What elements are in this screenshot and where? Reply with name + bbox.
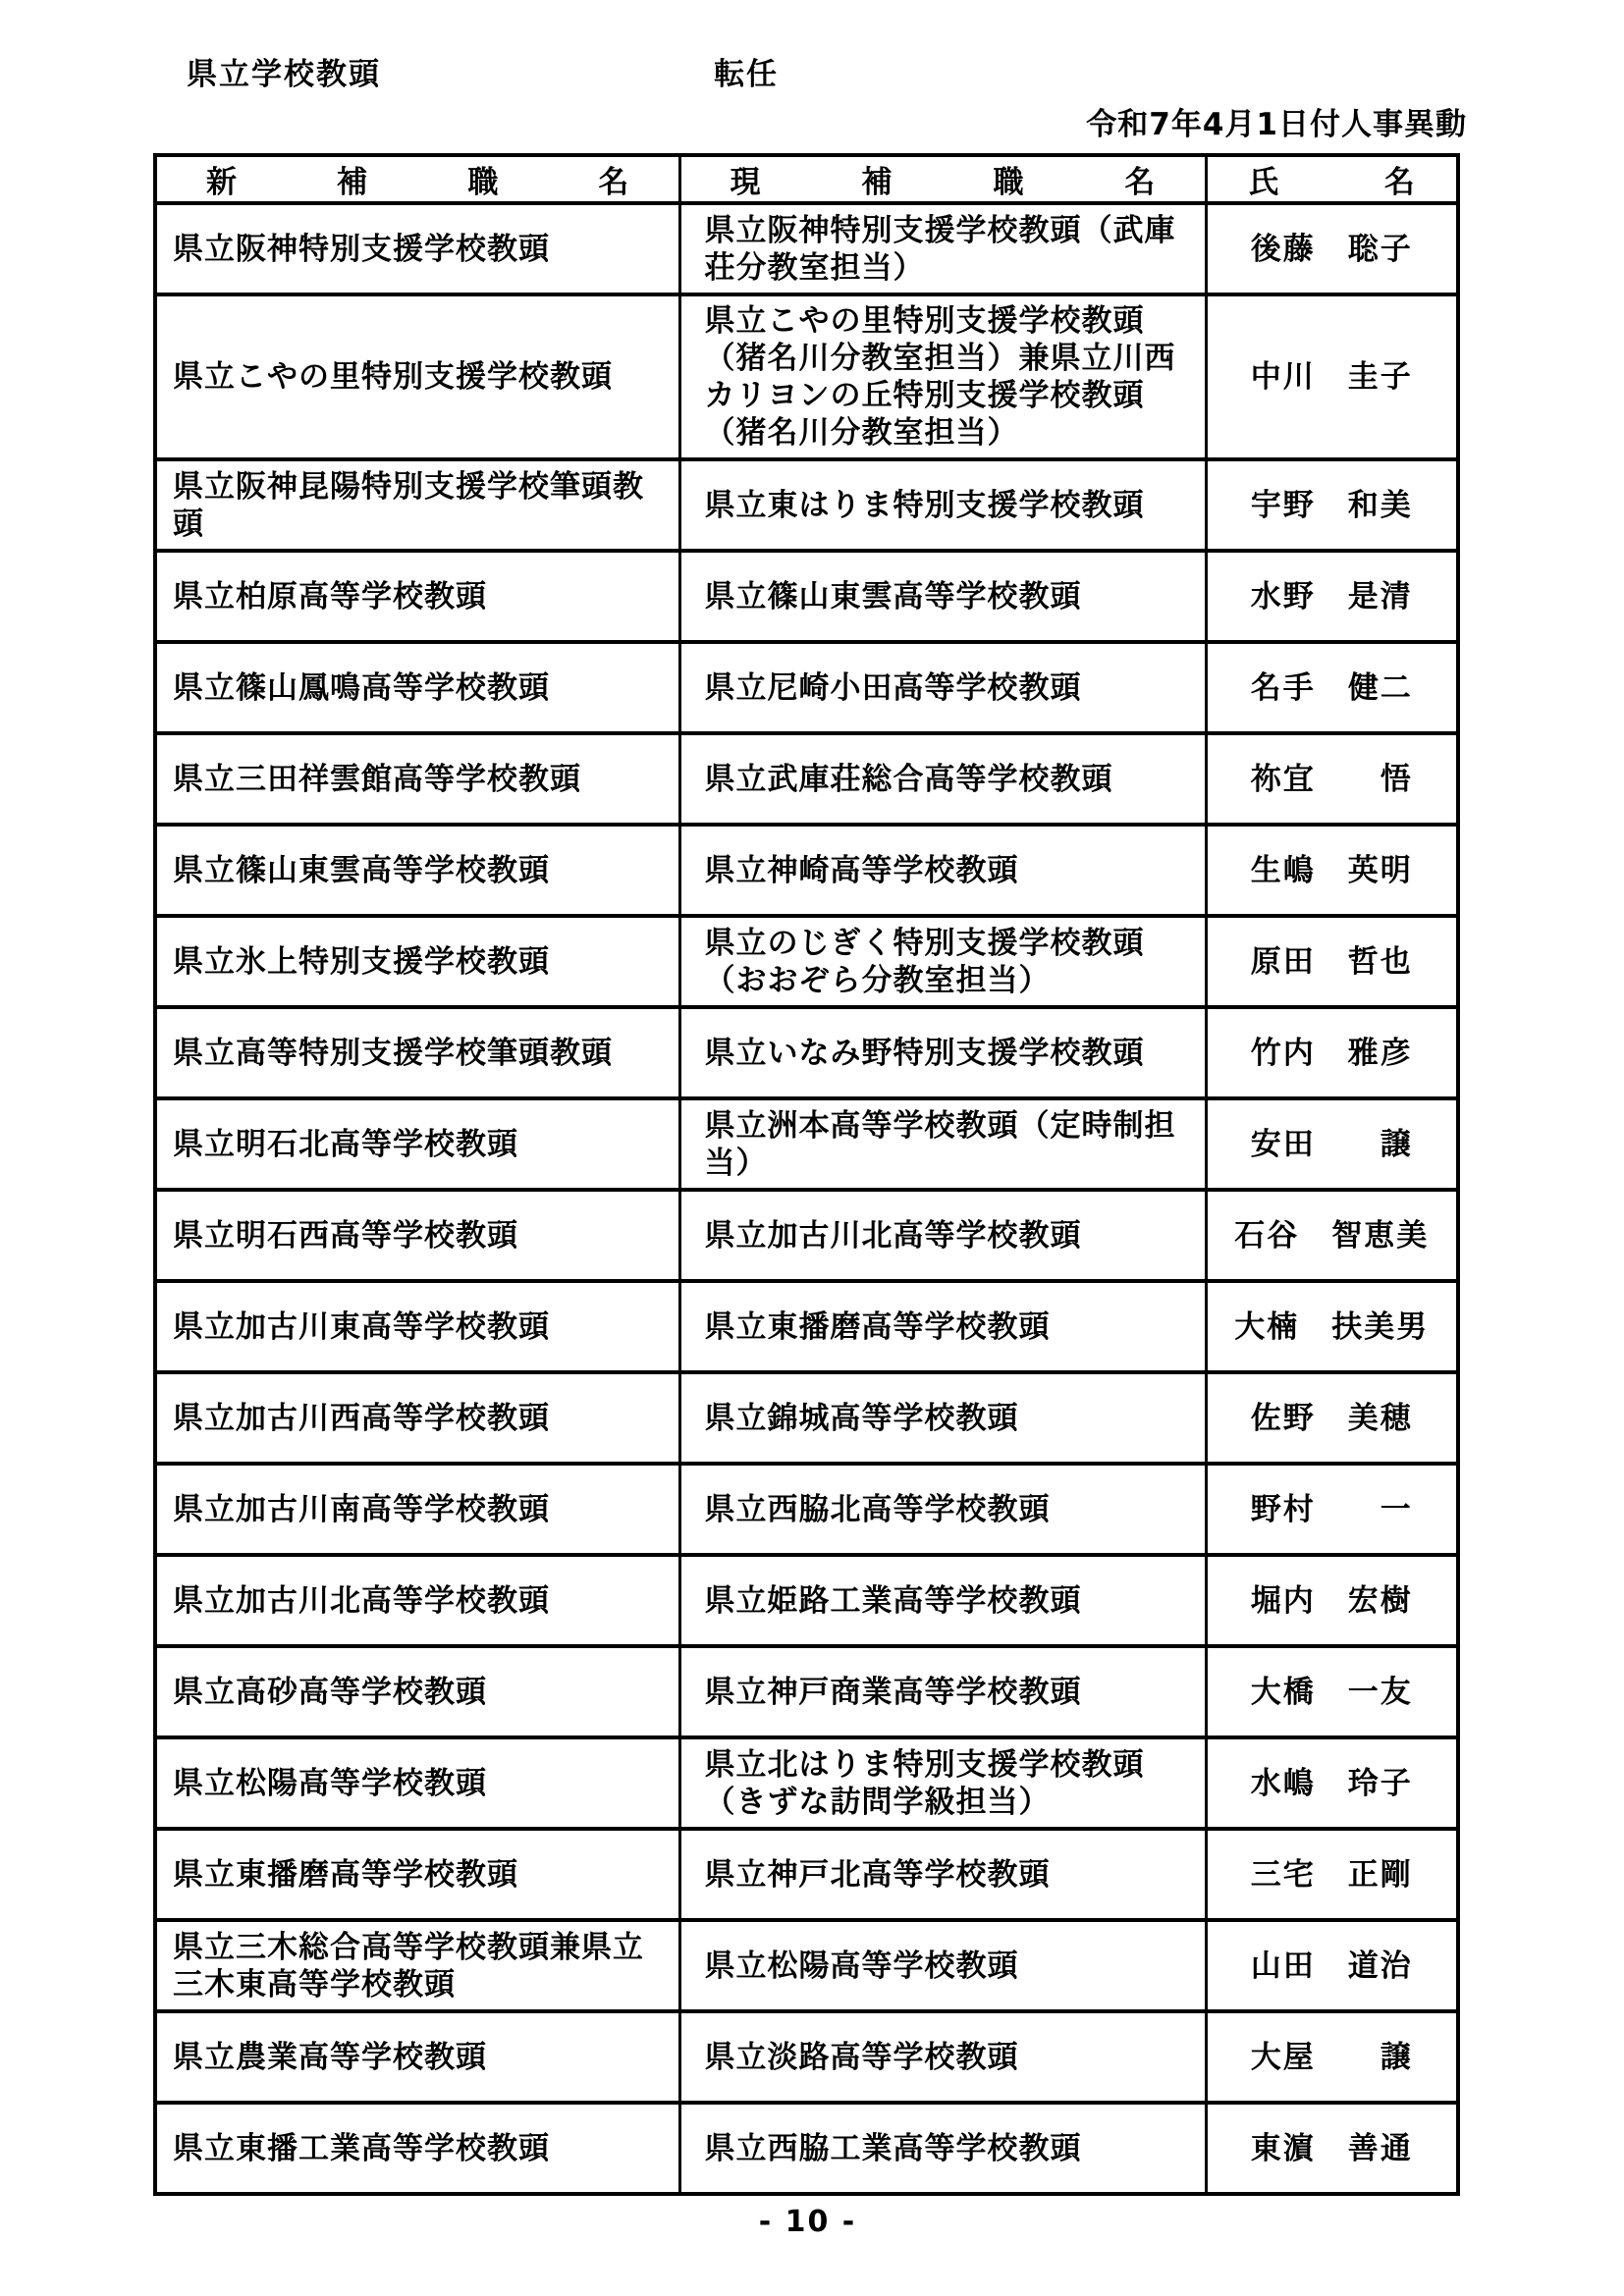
table-row: 県立阪神特別支援学校教頭県立阪神特別支援学校教頭（武庫荘分教室担当）後藤 聡子 (155, 203, 1458, 294)
column-header-current-position: 現 補 職 名 (679, 155, 1206, 203)
table-row: 県立明石北高等学校教頭県立洲本高等学校教頭（定時制担当）安田 譲 (155, 1098, 1458, 1190)
table-row: 県立氷上特別支援学校教頭県立のじぎく特別支援学校教頭（おおぞら分教室担当）原田 … (155, 916, 1458, 1007)
table-row: 県立阪神昆陽特別支援学校筆頭教頭県立東はりま特別支援学校教頭宇野 和美 (155, 459, 1458, 551)
cell-current-position: 県立のじぎく特別支援学校教頭（おおぞら分教室担当） (679, 916, 1206, 1007)
table-row: 県立柏原高等学校教頭県立篠山東雲高等学校教頭水野 是清 (155, 551, 1458, 642)
cell-name: 安田 譲 (1206, 1098, 1458, 1190)
cell-new-position: 県立柏原高等学校教頭 (155, 551, 679, 642)
table-row: 県立篠山鳳鳴高等学校教頭県立尼崎小田高等学校教頭名手 健二 (155, 642, 1458, 733)
table-row: 県立松陽高等学校教頭県立北はりま特別支援学校教頭（きずな訪問学級担当）水嶋 玲子 (155, 1737, 1458, 1829)
cell-name: 大橋 一友 (1206, 1646, 1458, 1737)
cell-new-position: 県立東播磨高等学校教頭 (155, 1829, 679, 1920)
cell-name: 生嶋 英明 (1206, 825, 1458, 916)
table-row: 県立明石西高等学校教頭県立加古川北高等学校教頭石谷 智恵美 (155, 1190, 1458, 1281)
cell-current-position: 県立東はりま特別支援学校教頭 (679, 459, 1206, 551)
column-header-new-position: 新 補 職 名 (155, 155, 679, 203)
table-row: 県立東播磨高等学校教頭県立神戸北高等学校教頭三宅 正剛 (155, 1829, 1458, 1920)
cell-new-position: 県立松陽高等学校教頭 (155, 1737, 679, 1829)
cell-new-position: 県立三田祥雲館高等学校教頭 (155, 733, 679, 825)
cell-name: 山田 道治 (1206, 1920, 1458, 2011)
cell-new-position: 県立加古川南高等学校教頭 (155, 1464, 679, 1555)
table-row: 県立高砂高等学校教頭県立神戸商業高等学校教頭大橋 一友 (155, 1646, 1458, 1737)
cell-current-position: 県立東播磨高等学校教頭 (679, 1281, 1206, 1372)
cell-current-position: 県立淡路高等学校教頭 (679, 2011, 1206, 2103)
cell-name: 原田 哲也 (1206, 916, 1458, 1007)
cell-new-position: 県立高等特別支援学校筆頭教頭 (155, 1007, 679, 1098)
document-page: 県立学校教頭 転任 令和7年4月1日付人事異動 新 補 職 名 現 補 職 名 … (0, 0, 1624, 2296)
table-row: 県立加古川北高等学校教頭県立姫路工業高等学校教頭堀内 宏樹 (155, 1555, 1458, 1646)
table-row: 県立加古川西高等学校教頭県立錦城高等学校教頭佐野 美穂 (155, 1372, 1458, 1464)
cell-current-position: 県立いなみ野特別支援学校教頭 (679, 1007, 1206, 1098)
cell-name: 水嶋 玲子 (1206, 1737, 1458, 1829)
cell-new-position: 県立明石西高等学校教頭 (155, 1190, 679, 1281)
cell-name: 後藤 聡子 (1206, 203, 1458, 294)
cell-new-position: 県立農業高等学校教頭 (155, 2011, 679, 2103)
cell-new-position: 県立阪神特別支援学校教頭 (155, 203, 679, 294)
cell-new-position: 県立東播工業高等学校教頭 (155, 2103, 679, 2194)
cell-new-position: 県立加古川西高等学校教頭 (155, 1372, 679, 1464)
cell-current-position: 県立尼崎小田高等学校教頭 (679, 642, 1206, 733)
cell-current-position: 県立加古川北高等学校教頭 (679, 1190, 1206, 1281)
effective-date-label: 令和7年4月1日付人事異動 (1086, 99, 1467, 143)
table-header-row: 新 補 職 名 現 補 職 名 氏 名 (155, 155, 1458, 203)
page-number: - 10 - (154, 2205, 1461, 2239)
cell-current-position: 県立篠山東雲高等学校教頭 (679, 551, 1206, 642)
cell-current-position: 県立錦城高等学校教頭 (679, 1372, 1206, 1464)
cell-current-position: 県立神崎高等学校教頭 (679, 825, 1206, 916)
cell-current-position: 県立西脇工業高等学校教頭 (679, 2103, 1206, 2194)
cell-name: 野村 一 (1206, 1464, 1458, 1555)
cell-name: 宇野 和美 (1206, 459, 1458, 551)
cell-current-position: 県立洲本高等学校教頭（定時制担当） (679, 1098, 1206, 1190)
cell-current-position: 県立阪神特別支援学校教頭（武庫荘分教室担当） (679, 203, 1206, 294)
cell-new-position: 県立篠山鳳鳴高等学校教頭 (155, 642, 679, 733)
cell-new-position: 県立三木総合高等学校教頭兼県立三木東高等学校教頭 (155, 1920, 679, 2011)
cell-new-position: 県立高砂高等学校教頭 (155, 1646, 679, 1737)
table-row: 県立三木総合高等学校教頭兼県立三木東高等学校教頭県立松陽高等学校教頭山田 道治 (155, 1920, 1458, 2011)
cell-current-position: 県立西脇北高等学校教頭 (679, 1464, 1206, 1555)
cell-name: 中川 圭子 (1206, 294, 1458, 459)
personnel-transfer-table: 新 補 職 名 現 補 職 名 氏 名 県立阪神特別支援学校教頭県立阪神特別支援… (153, 153, 1460, 2196)
cell-name: 東濵 善通 (1206, 2103, 1458, 2194)
cell-new-position: 県立加古川東高等学校教頭 (155, 1281, 679, 1372)
column-header-name: 氏 名 (1206, 155, 1458, 203)
cell-name: 石谷 智恵美 (1206, 1190, 1458, 1281)
cell-new-position: 県立こやの里特別支援学校教頭 (155, 294, 679, 459)
section-label: 県立学校教頭 (187, 49, 381, 93)
cell-current-position: 県立神戸商業高等学校教頭 (679, 1646, 1206, 1737)
cell-current-position: 県立北はりま特別支援学校教頭（きずな訪問学級担当） (679, 1737, 1206, 1829)
transfer-table-body: 県立阪神特別支援学校教頭県立阪神特別支援学校教頭（武庫荘分教室担当）後藤 聡子県… (155, 203, 1458, 2194)
cell-name: 祢宜 悟 (1206, 733, 1458, 825)
table-row: 県立加古川東高等学校教頭県立東播磨高等学校教頭大楠 扶美男 (155, 1281, 1458, 1372)
table-row: 県立篠山東雲高等学校教頭県立神崎高等学校教頭生嶋 英明 (155, 825, 1458, 916)
cell-new-position: 県立加古川北高等学校教頭 (155, 1555, 679, 1646)
transfer-type-label: 転任 (714, 49, 779, 93)
cell-name: 堀内 宏樹 (1206, 1555, 1458, 1646)
cell-name: 名手 健二 (1206, 642, 1458, 733)
cell-name: 竹内 雅彦 (1206, 1007, 1458, 1098)
cell-new-position: 県立氷上特別支援学校教頭 (155, 916, 679, 1007)
cell-name: 佐野 美穂 (1206, 1372, 1458, 1464)
table-header: 新 補 職 名 現 補 職 名 氏 名 (155, 155, 1458, 203)
cell-name: 大屋 譲 (1206, 2011, 1458, 2103)
cell-new-position: 県立篠山東雲高等学校教頭 (155, 825, 679, 916)
cell-current-position: 県立姫路工業高等学校教頭 (679, 1555, 1206, 1646)
cell-name: 大楠 扶美男 (1206, 1281, 1458, 1372)
cell-name: 水野 是清 (1206, 551, 1458, 642)
cell-new-position: 県立明石北高等学校教頭 (155, 1098, 679, 1190)
cell-new-position: 県立阪神昆陽特別支援学校筆頭教頭 (155, 459, 679, 551)
table-row: 県立こやの里特別支援学校教頭県立こやの里特別支援学校教頭（猪名川分教室担当）兼県… (155, 294, 1458, 459)
cell-current-position: 県立武庫荘総合高等学校教頭 (679, 733, 1206, 825)
table-row: 県立高等特別支援学校筆頭教頭県立いなみ野特別支援学校教頭竹内 雅彦 (155, 1007, 1458, 1098)
cell-current-position: 県立こやの里特別支援学校教頭（猪名川分教室担当）兼県立川西カリヨンの丘特別支援学… (679, 294, 1206, 459)
cell-name: 三宅 正剛 (1206, 1829, 1458, 1920)
cell-current-position: 県立神戸北高等学校教頭 (679, 1829, 1206, 1920)
table-row: 県立農業高等学校教頭県立淡路高等学校教頭大屋 譲 (155, 2011, 1458, 2103)
table-row: 県立加古川南高等学校教頭県立西脇北高等学校教頭野村 一 (155, 1464, 1458, 1555)
cell-current-position: 県立松陽高等学校教頭 (679, 1920, 1206, 2011)
table-row: 県立東播工業高等学校教頭県立西脇工業高等学校教頭東濵 善通 (155, 2103, 1458, 2194)
table-row: 県立三田祥雲館高等学校教頭県立武庫荘総合高等学校教頭祢宜 悟 (155, 733, 1458, 825)
